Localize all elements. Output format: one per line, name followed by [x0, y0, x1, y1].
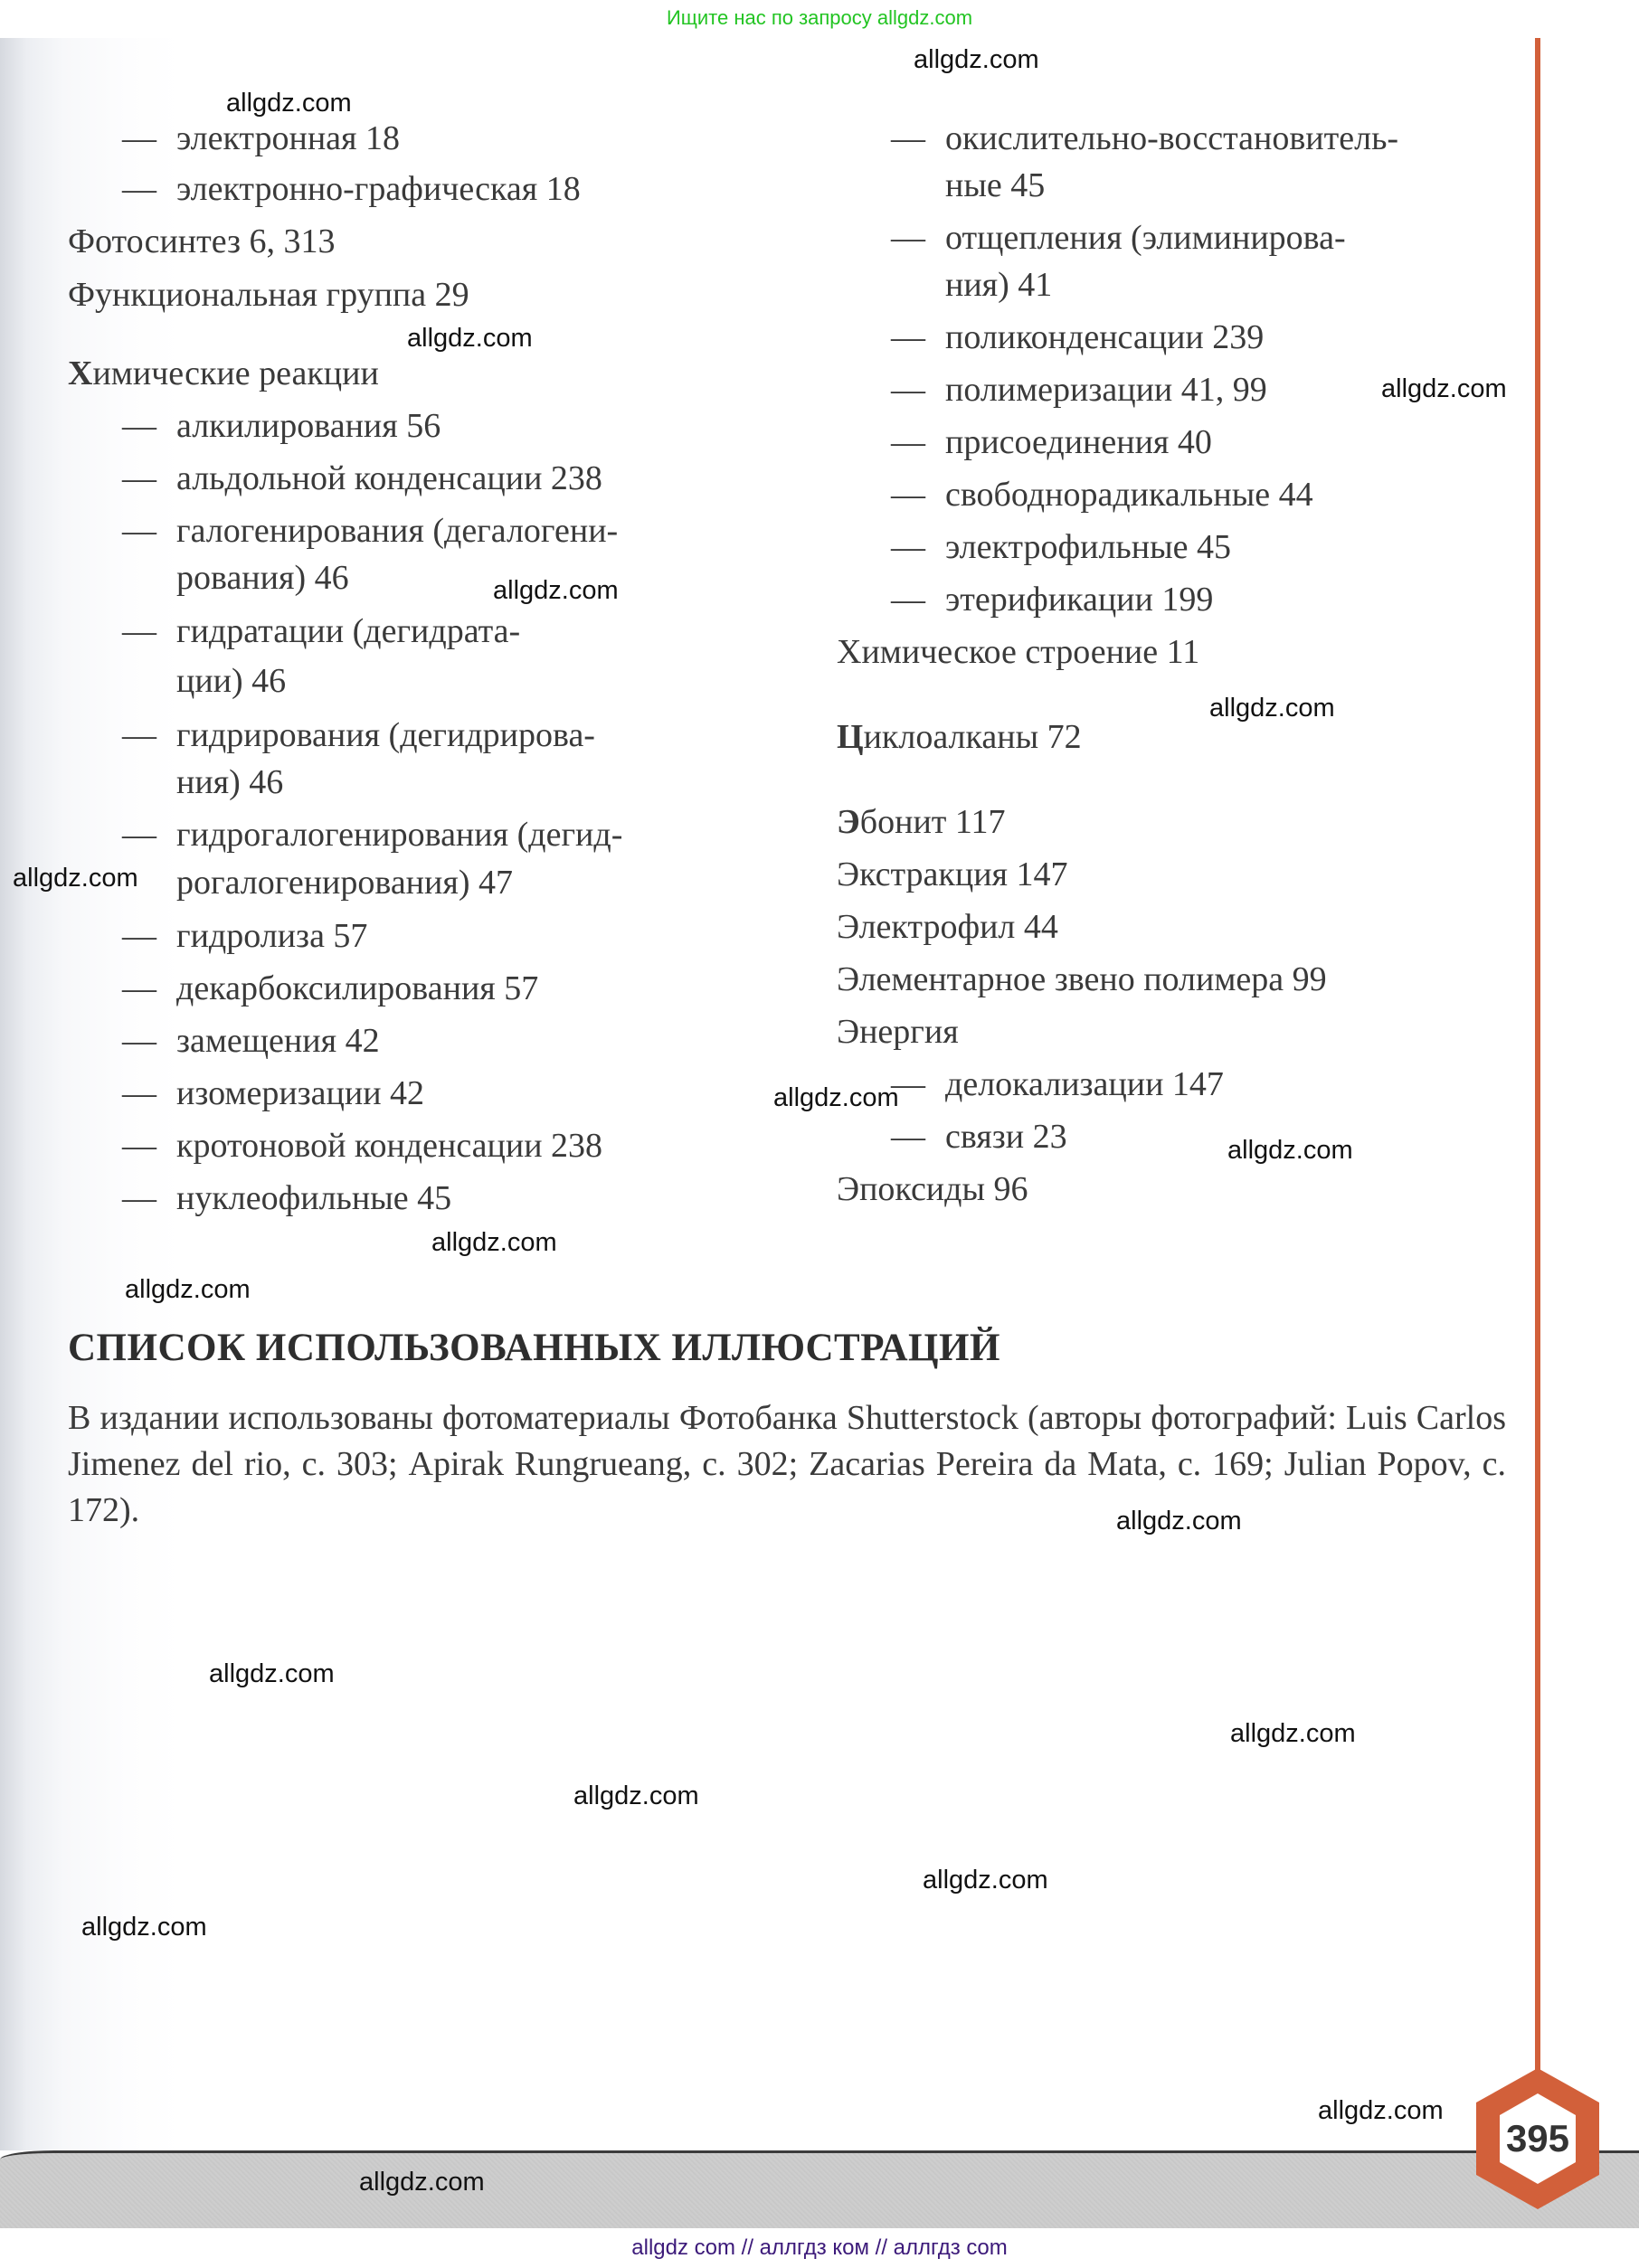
index-subentry-text: электрофильные 45	[945, 528, 1231, 566]
index-subentry-continuation: ния) 46	[176, 761, 283, 803]
index-subentry: —делокализации 147	[891, 1063, 1224, 1105]
watermark: allgdz.com	[359, 2168, 485, 2197]
index-subentry: —гидрирования (дегидрирова-	[122, 714, 595, 756]
index-entry: Энергия	[837, 1011, 959, 1053]
index-entry: Циклоалканы 72	[837, 716, 1082, 758]
index-subentry: —электронно-графическая 18	[122, 168, 581, 210]
index-subentry-text: гидролиза 57	[176, 917, 367, 955]
page-number-badge: 395	[1473, 2066, 1603, 2211]
index-subentry-text: декарбоксилирования 57	[176, 969, 538, 1007]
index-subentry-text: гидрирования (дегидрирова-	[176, 716, 595, 754]
dash-marker: —	[122, 168, 176, 210]
index-subentry-text: поликонденсации 239	[945, 318, 1264, 356]
page-bottom-band	[0, 2150, 1639, 2231]
index-entry: Фотосинтез 6, 313	[68, 221, 336, 262]
index-subentry-text: нуклеофильные 45	[176, 1179, 451, 1217]
index-subentry: —электрофильные 45	[891, 526, 1231, 568]
index-subentry-text: алкилирования 56	[176, 407, 441, 445]
index-subentry-continuation: ные 45	[945, 165, 1045, 206]
index-subentry: —декарбоксилирования 57	[122, 968, 538, 1009]
dash-marker: —	[122, 1177, 176, 1219]
dash-marker: —	[122, 915, 176, 957]
index-subentry: —гидрогалогенирования (дегид-	[122, 814, 622, 855]
dash-marker: —	[891, 1116, 945, 1158]
search-banner-text: Ищите нас по запросу allgdz.com	[667, 6, 972, 29]
dash-marker: —	[122, 510, 176, 552]
dash-marker: —	[122, 118, 176, 159]
index-subentry-text: окислительно-восстановитель-	[945, 119, 1398, 157]
watermark: allgdz.com	[209, 1659, 335, 1689]
watermark: allgdz.com	[226, 89, 352, 118]
index-subentry-continuation: ния) 41	[945, 264, 1052, 306]
index-subentry: —гидролиза 57	[122, 915, 367, 957]
watermark: allgdz.com	[1318, 2096, 1444, 2126]
index-subentry: —этерификации 199	[891, 579, 1213, 620]
index-entry: Химическое строение 11	[837, 631, 1199, 673]
illustrations-credit-paragraph: В издании использованы фотоматериалы Фот…	[68, 1395, 1506, 1534]
dash-marker: —	[891, 1063, 945, 1105]
watermark: allgdz.com	[407, 324, 533, 354]
index-subentry: —связи 23	[891, 1116, 1067, 1158]
watermark: allgdz.com	[1116, 1507, 1242, 1536]
index-entry: Эбонит 117	[837, 801, 1005, 843]
dash-marker: —	[891, 317, 945, 358]
index-subentry: —галогенирования (дегалогени-	[122, 510, 618, 552]
watermark: allgdz.com	[13, 864, 138, 893]
dash-marker: —	[122, 1073, 176, 1114]
dash-marker: —	[122, 1020, 176, 1062]
watermark: allgdz.com	[773, 1083, 899, 1113]
index-entry: Элементарное звено полимера 99	[837, 959, 1327, 1000]
dash-marker: —	[891, 421, 945, 463]
watermark: allgdz.com	[493, 576, 619, 606]
index-subentry-text: отщепления (элиминирова-	[945, 219, 1346, 257]
index-subentry-text: делокализации 147	[945, 1065, 1224, 1103]
page-number: 395	[1473, 2066, 1603, 2211]
index-entry: Химические реакции	[68, 353, 379, 394]
index-entry: Электрофил 44	[837, 906, 1058, 948]
index-subentry-text: изомеризации 42	[176, 1074, 424, 1112]
watermark: allgdz.com	[125, 1275, 251, 1305]
watermark: allgdz.com	[1209, 694, 1335, 723]
dash-marker: —	[122, 1125, 176, 1167]
index-subentry-text: полимеризации 41, 99	[945, 371, 1267, 409]
index-subentry: —присоединения 40	[891, 421, 1212, 463]
dash-marker: —	[891, 474, 945, 515]
index-subentry: —кротоновой конденсации 238	[122, 1125, 602, 1167]
index-subentry-text: галогенирования (дегалогени-	[176, 512, 618, 550]
index-subentry-text: гидрогалогенирования (дегид-	[176, 816, 622, 854]
index-subentry: —альдольной конденсации 238	[122, 458, 602, 499]
search-banner: Ищите нас по запросу allgdz.com	[0, 0, 1639, 38]
dash-marker: —	[891, 579, 945, 620]
index-subentry: —гидратации (дегидрата-	[122, 610, 520, 652]
index-subentry: —окислительно-восстановитель-	[891, 118, 1398, 159]
index-subentry-continuation: ции) 46	[176, 660, 286, 702]
index-subentry-text: альдольной конденсации 238	[176, 459, 602, 497]
index-entry: Эпоксиды 96	[837, 1168, 1028, 1210]
index-subentry: —замещения 42	[122, 1020, 380, 1062]
dash-marker: —	[891, 369, 945, 411]
section-heading: СПИСОК ИСПОЛЬЗОВАННЫХ ИЛЛЮСТРАЦИЙ	[68, 1326, 1000, 1370]
watermark: allgdz.com	[431, 1228, 557, 1258]
index-subentry-text: присоединения 40	[945, 423, 1212, 461]
watermark: allgdz.com	[1227, 1136, 1353, 1166]
watermark: allgdz.com	[573, 1781, 699, 1811]
index-subentry-text: кротоновой конденсации 238	[176, 1127, 602, 1165]
dash-marker: —	[122, 458, 176, 499]
index-subentry: —алкилирования 56	[122, 405, 441, 447]
index-subentry: —полимеризации 41, 99	[891, 369, 1267, 411]
dash-marker: —	[122, 814, 176, 855]
index-subentry-text: замещения 42	[176, 1022, 380, 1060]
index-subentry: —поликонденсации 239	[891, 317, 1264, 358]
watermark: allgdz.com	[1381, 374, 1507, 404]
watermark: allgdz.com	[914, 45, 1039, 75]
dash-marker: —	[891, 217, 945, 259]
dash-marker: —	[891, 526, 945, 568]
index-subentry-text: электронно-графическая 18	[176, 170, 581, 208]
index-subentry-continuation: рования) 46	[176, 557, 349, 599]
index-subentry-text: электронная 18	[176, 119, 400, 157]
index-subentry-continuation: рогалогенирования) 47	[176, 862, 513, 903]
index-subentry: —электронная 18	[122, 118, 400, 159]
index-subentry: —свободнорадикальные 44	[891, 474, 1313, 515]
footer-text: allgdz com // аллгдз ком // аллгдз com	[631, 2235, 1007, 2260]
index-subentry: —отщепления (элиминирова-	[891, 217, 1346, 259]
dash-marker: —	[122, 968, 176, 1009]
footer-watermark: allgdz com // аллгдз ком // аллгдз com	[0, 2228, 1639, 2268]
index-subentry-text: связи 23	[945, 1118, 1067, 1156]
dash-marker: —	[122, 405, 176, 447]
watermark: allgdz.com	[923, 1866, 1048, 1895]
index-entry: Функциональная группа 29	[68, 274, 469, 316]
index-subentry-text: этерификации 199	[945, 581, 1213, 619]
orange-margin-rule	[1535, 38, 1540, 2073]
index-entry: Экстракция 147	[837, 854, 1068, 895]
index-subentry-text: свободнорадикальные 44	[945, 476, 1313, 514]
index-subentry: —изомеризации 42	[122, 1073, 424, 1114]
watermark: allgdz.com	[1230, 1719, 1356, 1749]
index-subentry: —нуклеофильные 45	[122, 1177, 451, 1219]
index-subentry-text: гидратации (дегидрата-	[176, 612, 520, 650]
watermark: allgdz.com	[81, 1913, 207, 1942]
dash-marker: —	[122, 610, 176, 652]
dash-marker: —	[122, 714, 176, 756]
dash-marker: —	[891, 118, 945, 159]
